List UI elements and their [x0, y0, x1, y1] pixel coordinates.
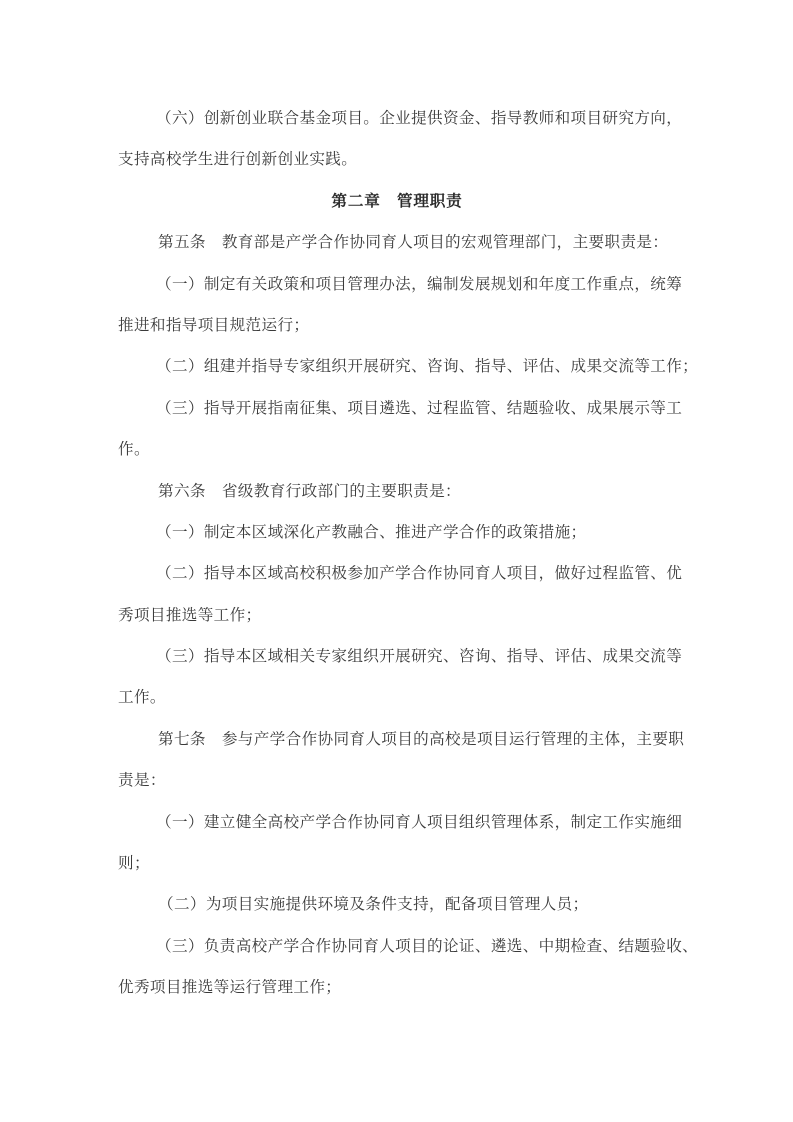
article-6-item-3: （三）指导本区域相关专家组织开展研究、咨询、指导、评估、成果交流等: [118, 642, 676, 683]
article-5: 第五条教育部是产学合作协同育人项目的宏观管理部门，主要职责是：: [118, 228, 676, 269]
list-item-6-continuation: 支持高校学生进行创新创业实践。: [118, 145, 676, 186]
article-7-item-3-continuation: 优秀项目推选等运行管理工作；: [118, 973, 676, 1014]
article-number: 第五条: [158, 233, 206, 251]
article-7-item-3: （三）负责高校产学合作协同育人项目的论证、遴选、中期检查、结题验收、: [118, 932, 676, 973]
article-text: 教育部是产学合作协同育人项目的宏观管理部门，主要职责是：: [222, 233, 668, 251]
article-5-item-1: （一）制定有关政策和项目管理办法，编制发展规划和年度工作重点，统筹: [118, 270, 676, 311]
chapter-heading: 第二章 管理职责: [118, 187, 676, 228]
article-6-item-3-continuation: 工作。: [118, 683, 676, 724]
article-number: 第七条: [158, 730, 206, 748]
article-number: 第六条: [158, 482, 206, 500]
article-6-item-1: （一）制定本区域深化产教融合、推进产学合作的政策措施；: [118, 518, 676, 559]
article-7: 第七条参与产学合作协同育人项目的高校是项目运行管理的主体，主要职: [118, 725, 676, 766]
article-6: 第六条省级教育行政部门的主要职责是：: [118, 477, 676, 518]
document-page: （六）创新创业联合基金项目。企业提供资金、指导教师和项目研究方向， 支持高校学生…: [118, 104, 676, 1015]
article-7-item-2: （二）为项目实施提供环境及条件支持，配备项目管理人员；: [118, 890, 676, 931]
article-6-item-2-continuation: 秀项目推选等工作；: [118, 601, 676, 642]
article-5-item-2: （二）组建并指导专家组织开展研究、咨询、指导、评估、成果交流等工作；: [118, 352, 676, 393]
article-text: 参与产学合作协同育人项目的高校是项目运行管理的主体，主要职: [222, 730, 684, 748]
article-7-item-1: （一）建立健全高校产学合作协同育人项目组织管理体系，制定工作实施细: [118, 808, 676, 849]
article-5-item-1-continuation: 推进和指导项目规范运行；: [118, 311, 676, 352]
article-5-item-3: （三）指导开展指南征集、项目遴选、过程监管、结题验收、成果展示等工: [118, 394, 676, 435]
list-item-6-innovation-fund: （六）创新创业联合基金项目。企业提供资金、指导教师和项目研究方向，: [118, 104, 676, 145]
article-text: 省级教育行政部门的主要职责是：: [222, 482, 461, 500]
article-7-continuation: 责是：: [118, 766, 676, 807]
article-6-item-2: （二）指导本区域高校积极参加产学合作协同育人项目，做好过程监管、优: [118, 559, 676, 600]
article-5-item-3-continuation: 作。: [118, 435, 676, 476]
article-7-item-1-continuation: 则；: [118, 849, 676, 890]
